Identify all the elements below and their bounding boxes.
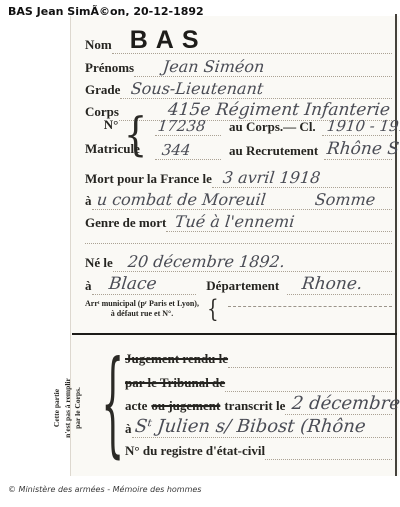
field-arrondissement-line <box>228 302 392 307</box>
field-ne-a: à Blace Département Rhone. <box>85 274 392 295</box>
side-note: Cette partie n'est pas à remplir par le … <box>52 352 86 464</box>
field-tribunal-line <box>225 387 392 392</box>
field-acte-label-2: transcrit le <box>224 399 285 415</box>
field-transcription-lieu-line: Sᵗ Julien s/ Bibost (Rhône <box>132 433 393 438</box>
field-prenoms-line: Jean Siméon <box>134 72 392 77</box>
field-registre: N° du registre d'état-civil <box>125 439 392 460</box>
field-numero-class-line: 1910 - 1912 <box>322 131 392 136</box>
field-numero-after-label: au Corps.— Cl. <box>221 120 322 136</box>
field-grade-label: Grade <box>85 83 120 99</box>
field-mort-le-line: 3 avril 1918 <box>212 183 392 188</box>
field-mort-lieu-value: u combat de Moreuil <box>96 192 267 208</box>
field-matricule-after-label: au Recrutement <box>221 144 324 160</box>
field-ne-a-line: Blace <box>92 290 197 295</box>
field-matricule-rec-value: Rhône Sud <box>326 141 400 158</box>
field-arrondissement-label: Arrᵗ municipal (pʳ Paris et Lyon), à déf… <box>85 299 199 319</box>
field-transcription-lieu-value: Sᵗ Julien s/ Bibost (Rhône <box>134 418 366 436</box>
field-ne-le-label: Né le <box>85 256 113 272</box>
field-arrondissement: Arrᵗ municipal (pʳ Paris et Lyon), à déf… <box>85 296 392 322</box>
field-grade: Grade Sous-Lieutenant <box>85 78 392 99</box>
field-registre-label: N° du registre d'état-civil <box>125 444 265 460</box>
field-mort-lieu: à u combat de Moreuil Somme <box>85 189 392 210</box>
page: { "colors": { "ink": "#2b2a26", "handwri… <box>0 0 400 507</box>
field-ne-le-value: 20 décembre 1892. <box>127 254 286 270</box>
empty-line-dots <box>85 239 392 244</box>
field-genre-mort: Genre de mort Tué à l'ennemi <box>85 211 392 232</box>
field-arrondissement-label-line1: Arrᵗ municipal (pʳ Paris et Lyon), <box>85 299 199 309</box>
field-acte-label-1: acte <box>125 399 147 415</box>
side-note-line3: par le Corps. <box>73 352 84 464</box>
arrondissement-brace: { <box>203 297 225 321</box>
field-matricule: Matricule 344 au Recrutement Rhône Sud <box>85 138 392 160</box>
field-acte-label-struck: ou jugement <box>147 399 224 415</box>
field-nom: Nom BAS <box>85 26 392 54</box>
side-note-line1: Cette partie <box>52 352 63 464</box>
field-numero-value: 17238 <box>157 119 206 134</box>
footer-credit: © Ministère des armées - Mémoire des hom… <box>8 485 201 494</box>
field-jugement-line <box>228 363 392 368</box>
field-tribunal: par le Tribunal de <box>125 371 392 392</box>
field-ne-le-line: 20 décembre 1892. <box>113 267 392 272</box>
field-prenoms-label: Prénoms <box>85 61 134 77</box>
field-mort-le-value: 3 avril 1918 <box>222 170 321 186</box>
field-prenoms-value: Jean Siméon <box>162 59 265 75</box>
field-transcription-lieu: à Sᵗ Julien s/ Bibost (Rhône <box>125 416 392 438</box>
field-matricule-rec-line: Rhône Sud <box>324 155 392 160</box>
field-nom-value: BAS <box>130 28 207 53</box>
field-jugement: Jugement rendu le <box>125 347 392 368</box>
field-numero-label: N° <box>85 118 137 136</box>
transcription-brace: { <box>101 348 124 462</box>
field-numero: N° 17238 au Corps.— Cl. 1910 - 1912 <box>85 114 392 136</box>
field-genre-mort-value: Tué à l'ennemi <box>174 214 295 230</box>
field-ne-le: Né le 20 décembre 1892. <box>85 251 392 272</box>
field-departement-line: Rhone. <box>287 290 392 295</box>
field-acte: acte ou jugement transcrit le 2 décembre… <box>125 394 392 415</box>
field-nom-line: BAS <box>112 49 392 54</box>
field-nom-label: Nom <box>85 38 112 54</box>
field-tribunal-label: par le Tribunal de <box>125 376 225 392</box>
field-registre-line <box>265 455 392 460</box>
field-prenoms: Prénoms Jean Siméon <box>85 56 392 77</box>
field-arrondissement-label-line2: à défaut rue et N°. <box>85 309 199 319</box>
field-mort-le: Mort pour la France le 3 avril 1918 <box>85 167 392 188</box>
field-grade-line: Sous-Lieutenant <box>120 94 392 99</box>
empty-line <box>85 232 392 244</box>
field-mort-le-label: Mort pour la France le <box>85 172 212 188</box>
field-matricule-value: 344 <box>161 143 191 158</box>
field-genre-mort-label: Genre de mort <box>85 216 166 232</box>
field-acte-value: 2 décembre 1918 <box>291 395 400 413</box>
field-grade-value: Sous-Lieutenant <box>130 81 264 97</box>
field-ne-a-value: Blace <box>108 276 157 293</box>
side-note-line2: n'est pas à remplir <box>63 352 74 464</box>
field-departement-label: Département <box>196 279 287 295</box>
field-mort-lieu-value2: Somme <box>314 192 376 208</box>
field-departement-value: Rhone. <box>301 276 363 293</box>
section-divider <box>72 333 397 335</box>
field-matricule-label: Matricule <box>85 142 137 160</box>
field-acte-line: 2 décembre 1918 <box>285 410 392 415</box>
field-mort-lieu-line: u combat de Moreuil Somme <box>92 205 393 210</box>
field-numero-class-value: 1910 - 1912 <box>326 119 400 134</box>
field-jugement-label: Jugement rendu le <box>125 352 228 368</box>
field-matricule-line: 344 <box>155 155 221 160</box>
field-numero-line: 17238 <box>155 131 221 136</box>
